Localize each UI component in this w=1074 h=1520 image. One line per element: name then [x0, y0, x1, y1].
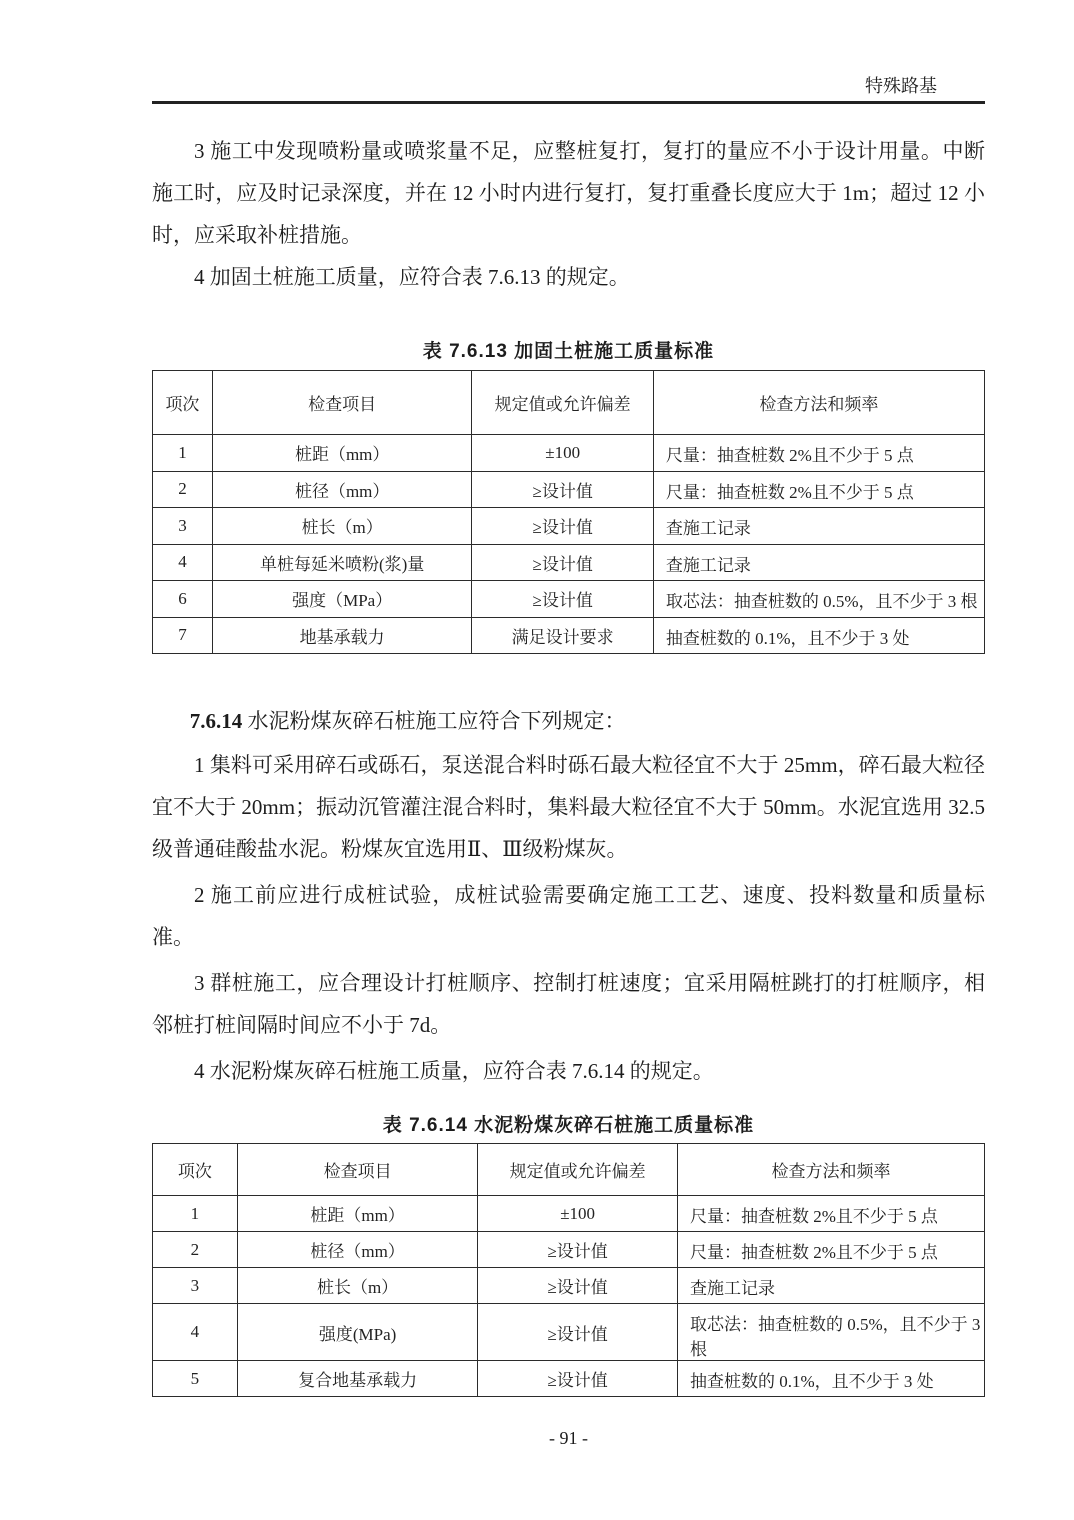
cell-item: 地基承载力 — [212, 617, 472, 654]
cell-tolerance: ≥设计值 — [478, 1268, 678, 1304]
table-row: 1 桩距（mm） ±100 尺量：抽查桩数 2%且不少于 5 点 — [153, 435, 985, 472]
intro-paragraphs: 3 施工中发现喷粉量或喷浆量不足，应整桩复打，复打的量应不小于设计用量。中断施工… — [152, 130, 985, 298]
col-header-method: 检查方法和频率 — [653, 371, 984, 435]
cell-index: 6 — [153, 581, 213, 618]
table-row: 3 桩长（m） ≥设计值 查施工记录 — [153, 508, 985, 545]
cell-method: 查施工记录 — [677, 1268, 984, 1304]
cell-index: 1 — [153, 1196, 238, 1232]
cell-method: 取芯法：抽查桩数的 0.5%，且不少于 3 根 — [677, 1304, 984, 1361]
cell-tolerance: ≥设计值 — [478, 1232, 678, 1268]
cell-method: 取芯法：抽查桩数的 0.5%，且不少于 3 根 — [653, 581, 984, 618]
table-row: 2 桩径（mm） ≥设计值 尺量：抽查桩数 2%且不少于 5 点 — [153, 471, 985, 508]
cell-index: 2 — [153, 471, 213, 508]
page-number: - 91 - — [152, 1427, 985, 1449]
cell-index: 7 — [153, 617, 213, 654]
table-header-row: 项次 检查项目 规定值或允许偏差 检查方法和频率 — [153, 1144, 985, 1196]
table-row: 5 复合地基承载力 ≥设计值 抽查桩数的 0.1%，且不少于 3 处 — [153, 1361, 985, 1397]
cell-item: 复合地基承载力 — [237, 1361, 477, 1397]
cell-tolerance: 满足设计要求 — [472, 617, 653, 654]
table-7-6-13: 项次 检查项目 规定值或允许偏差 检查方法和频率 1 桩距（mm） ±100 尺… — [152, 370, 985, 654]
col-header-index: 项次 — [153, 1144, 238, 1196]
table-row: 3 桩长（m） ≥设计值 查施工记录 — [153, 1268, 985, 1304]
cell-item: 桩径（mm） — [212, 471, 472, 508]
table-7-6-14: 项次 检查项目 规定值或允许偏差 检查方法和频率 1 桩距（mm） ±100 尺… — [152, 1143, 985, 1397]
cell-method: 尺量：抽查桩数 2%且不少于 5 点 — [677, 1196, 984, 1232]
table-row: 7 地基承载力 满足设计要求 抽查桩数的 0.1%，且不少于 3 处 — [153, 617, 985, 654]
cell-index: 1 — [153, 435, 213, 472]
cell-index: 2 — [153, 1232, 238, 1268]
section-title: 水泥粉煤灰碎石桩施工应符合下列规定： — [248, 709, 626, 733]
page-header: 特殊路基 — [152, 0, 985, 104]
cell-item: 桩距（mm） — [212, 435, 472, 472]
paragraph-item3: 3 施工中发现喷粉量或喷浆量不足，应整桩复打，复打的量应不小于设计用量。中断施工… — [152, 130, 985, 256]
cell-tolerance: ≥设计值 — [472, 544, 653, 581]
cell-tolerance: ±100 — [478, 1196, 678, 1232]
table-row: 4 强度(MPa) ≥设计值 取芯法：抽查桩数的 0.5%，且不少于 3 根 — [153, 1304, 985, 1361]
cell-tolerance: ≥设计值 — [478, 1361, 678, 1397]
section-number: 7.6.14 — [190, 709, 243, 733]
cell-item: 桩长（m） — [212, 508, 472, 545]
table-header-row: 项次 检查项目 规定值或允许偏差 检查方法和频率 — [153, 371, 985, 435]
table1-title: 表 7.6.13 加固土桩施工质量标准 — [152, 340, 985, 364]
col-header-index: 项次 — [153, 371, 213, 435]
cell-method: 尺量：抽查桩数 2%且不少于 5 点 — [653, 471, 984, 508]
cell-index: 4 — [153, 1304, 238, 1361]
cell-tolerance: ≥设计值 — [472, 581, 653, 618]
section-paragraph-1: 1 集料可采用碎石或砾石，泵送混合料时砾石最大粒径宜不大于 25mm，碎石最大粒… — [152, 744, 985, 870]
cell-tolerance: ≥设计值 — [472, 471, 653, 508]
col-header-item: 检查项目 — [237, 1144, 477, 1196]
cell-method: 尺量：抽查桩数 2%且不少于 5 点 — [677, 1232, 984, 1268]
table-row: 4 单桩每延米喷粉(浆)量 ≥设计值 查施工记录 — [153, 544, 985, 581]
col-header-tolerance: 规定值或允许偏差 — [472, 371, 653, 435]
cell-index: 3 — [153, 508, 213, 545]
cell-item: 桩距（mm） — [237, 1196, 477, 1232]
section-paragraph-2: 2 施工前应进行成桩试验，成桩试验需要确定施工工艺、速度、投料数量和质量标准。 — [152, 874, 985, 958]
cell-method: 尺量：抽查桩数 2%且不少于 5 点 — [653, 435, 984, 472]
cell-method: 抽查桩数的 0.1%，且不少于 3 处 — [677, 1361, 984, 1397]
header-title: 特殊路基 — [865, 76, 985, 96]
col-header-method: 检查方法和频率 — [677, 1144, 984, 1196]
cell-tolerance: ±100 — [472, 435, 653, 472]
cell-item: 强度（MPa） — [212, 581, 472, 618]
table-row: 1 桩距（mm） ±100 尺量：抽查桩数 2%且不少于 5 点 — [153, 1196, 985, 1232]
cell-item: 单桩每延米喷粉(浆)量 — [212, 544, 472, 581]
section-heading-7-6-14: 7.6.14 水泥粉煤灰碎石桩施工应符合下列规定： — [152, 700, 985, 742]
section-paragraph-4: 4 水泥粉煤灰碎石桩施工质量，应符合表 7.6.14 的规定。 — [152, 1050, 985, 1092]
document-page: 特殊路基 3 施工中发现喷粉量或喷浆量不足，应整桩复打，复打的量应不小于设计用量… — [0, 0, 1074, 1520]
cell-item: 桩径（mm） — [237, 1232, 477, 1268]
col-header-item: 检查项目 — [212, 371, 472, 435]
cell-index: 5 — [153, 1361, 238, 1397]
cell-tolerance: ≥设计值 — [478, 1304, 678, 1361]
cell-item: 桩长（m） — [237, 1268, 477, 1304]
cell-method: 抽查桩数的 0.1%，且不少于 3 处 — [653, 617, 984, 654]
section-paragraph-3: 3 群桩施工，应合理设计打桩顺序、控制打桩速度；宜采用隔桩跳打的打桩顺序，相邻桩… — [152, 962, 985, 1046]
col-header-tolerance: 规定值或允许偏差 — [478, 1144, 678, 1196]
cell-item: 强度(MPa) — [237, 1304, 477, 1361]
cell-method: 查施工记录 — [653, 508, 984, 545]
table2-title: 表 7.6.14 水泥粉煤灰碎石桩施工质量标准 — [152, 1114, 985, 1138]
table-row: 6 强度（MPa） ≥设计值 取芯法：抽查桩数的 0.5%，且不少于 3 根 — [153, 581, 985, 618]
cell-tolerance: ≥设计值 — [472, 508, 653, 545]
paragraph-item4: 4 加固土桩施工质量，应符合表 7.6.13 的规定。 — [152, 256, 985, 298]
cell-index: 4 — [153, 544, 213, 581]
table-row: 2 桩径（mm） ≥设计值 尺量：抽查桩数 2%且不少于 5 点 — [153, 1232, 985, 1268]
cell-index: 3 — [153, 1268, 238, 1304]
cell-method: 查施工记录 — [653, 544, 984, 581]
